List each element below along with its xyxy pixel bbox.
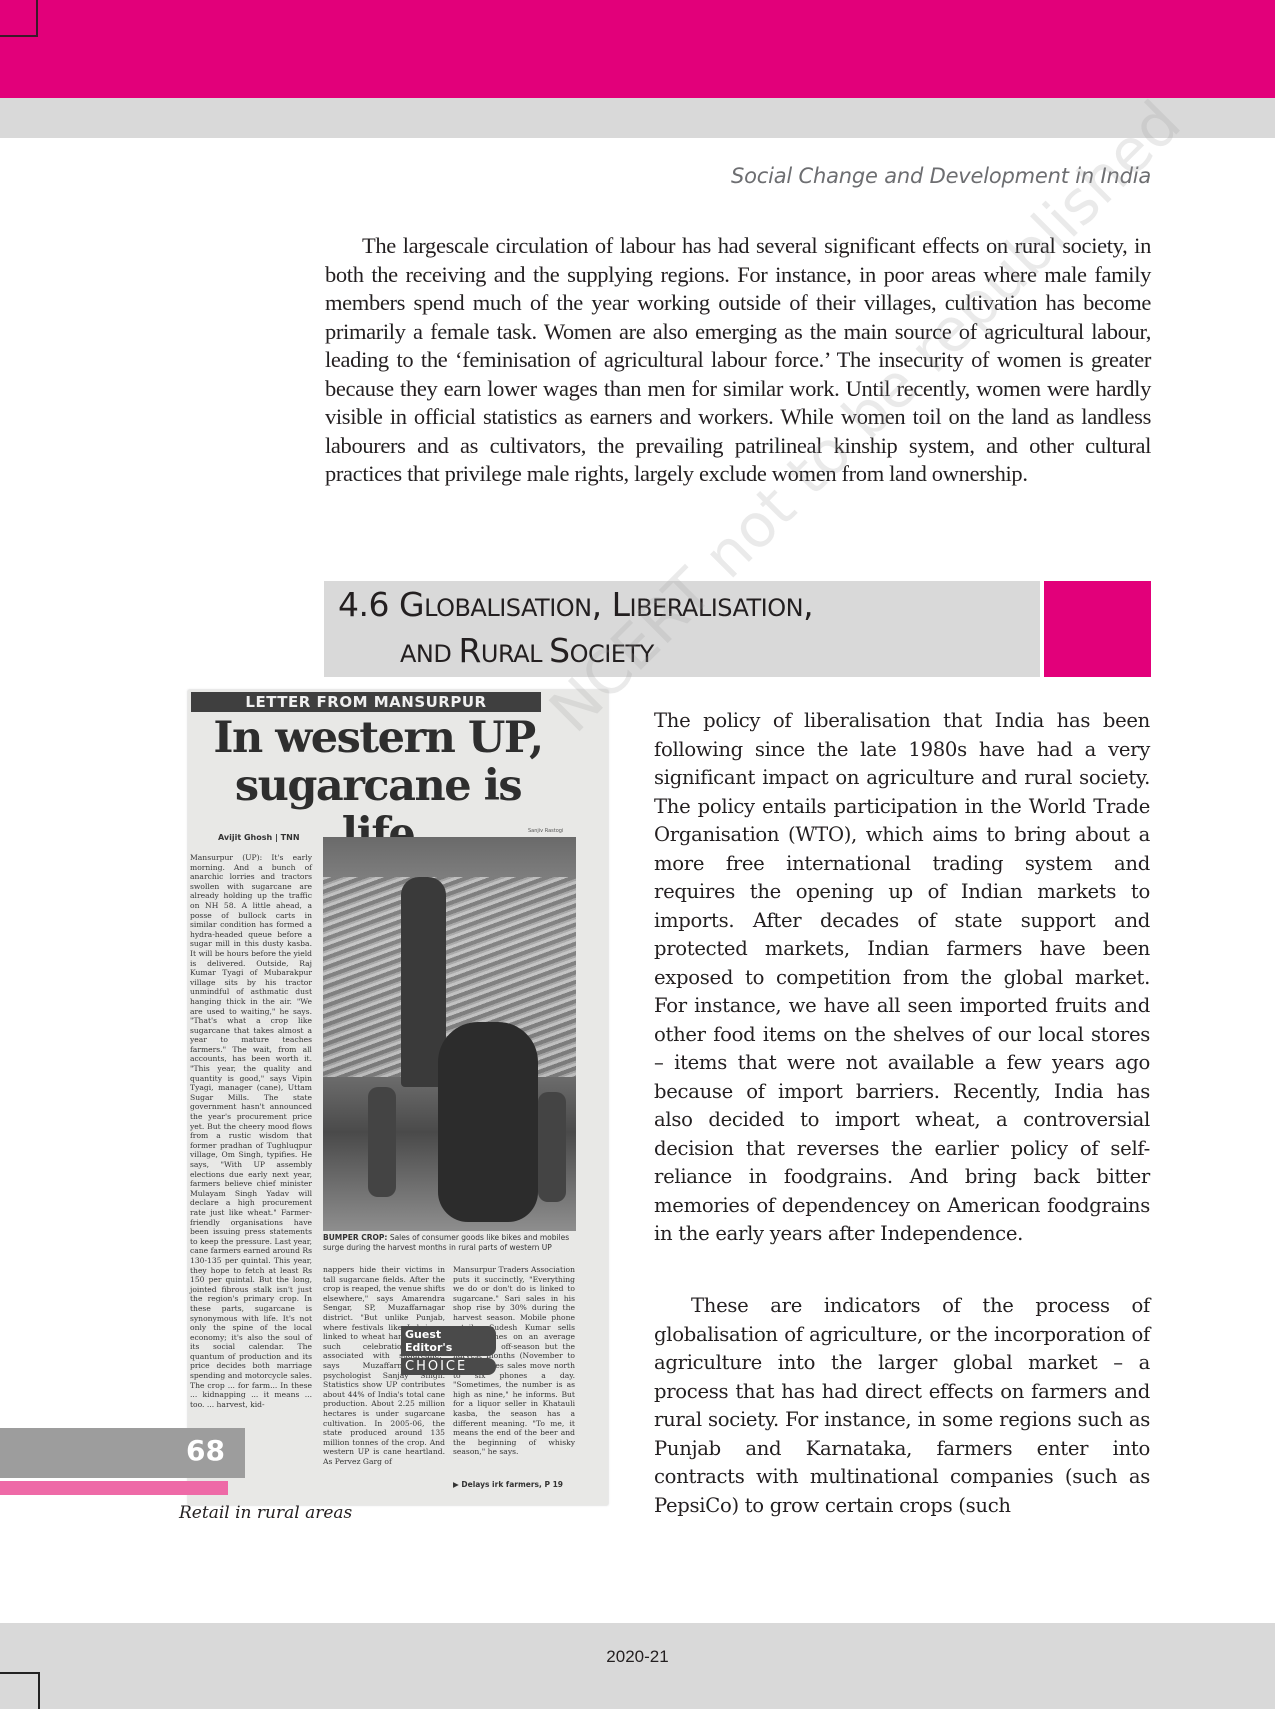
body-paragraph-1: The policy of liberalisation that India … xyxy=(654,707,1150,1249)
cart-wheel-left xyxy=(368,1087,396,1197)
sugarcane-cart-photo xyxy=(323,837,576,1231)
page-number-stripe xyxy=(0,1481,228,1495)
continuation-note: ▶ Delays irk farmers, P 19 xyxy=(453,1480,563,1489)
guest-editors-choice-badge: Guest Editor's CHOICE xyxy=(401,1326,496,1368)
photo-credit: Sanjiv Rastogi xyxy=(528,828,563,834)
photo-caption: BUMPER CROP: Sales of consumer goods lik… xyxy=(323,1233,583,1253)
body-paragraph-2: These are indicators of the process of g… xyxy=(654,1292,1150,1520)
edition-year: 2020-21 xyxy=(0,1647,1275,1667)
page-number-tab: 68 xyxy=(0,1428,245,1478)
newspaper-clipping: LETTER FROM MANSURPUR In western UP, sug… xyxy=(188,690,608,1505)
figure-caption: Retail in rural areas xyxy=(179,1503,352,1523)
bullock-figure xyxy=(438,1022,538,1222)
top-magenta-band xyxy=(0,0,1275,98)
clipping-column-1: Mansurpur (UP): It's early morning. And … xyxy=(190,853,312,1409)
crop-mark-top-left xyxy=(0,0,38,37)
section-title-line-1: 4.6 Globalisation, Liberalisation, xyxy=(338,585,813,624)
top-grey-band xyxy=(0,98,1275,138)
page-number: 68 xyxy=(186,1434,225,1467)
clipping-banner: LETTER FROM MANSURPUR xyxy=(191,692,541,712)
crop-mark-bottom-left xyxy=(0,1672,40,1709)
section-number: 4.6 xyxy=(338,585,389,624)
clipping-byline: Avijit Ghosh | TNN xyxy=(218,833,300,842)
cart-wheel-right xyxy=(538,1092,566,1202)
section-accent-block xyxy=(1044,581,1151,677)
